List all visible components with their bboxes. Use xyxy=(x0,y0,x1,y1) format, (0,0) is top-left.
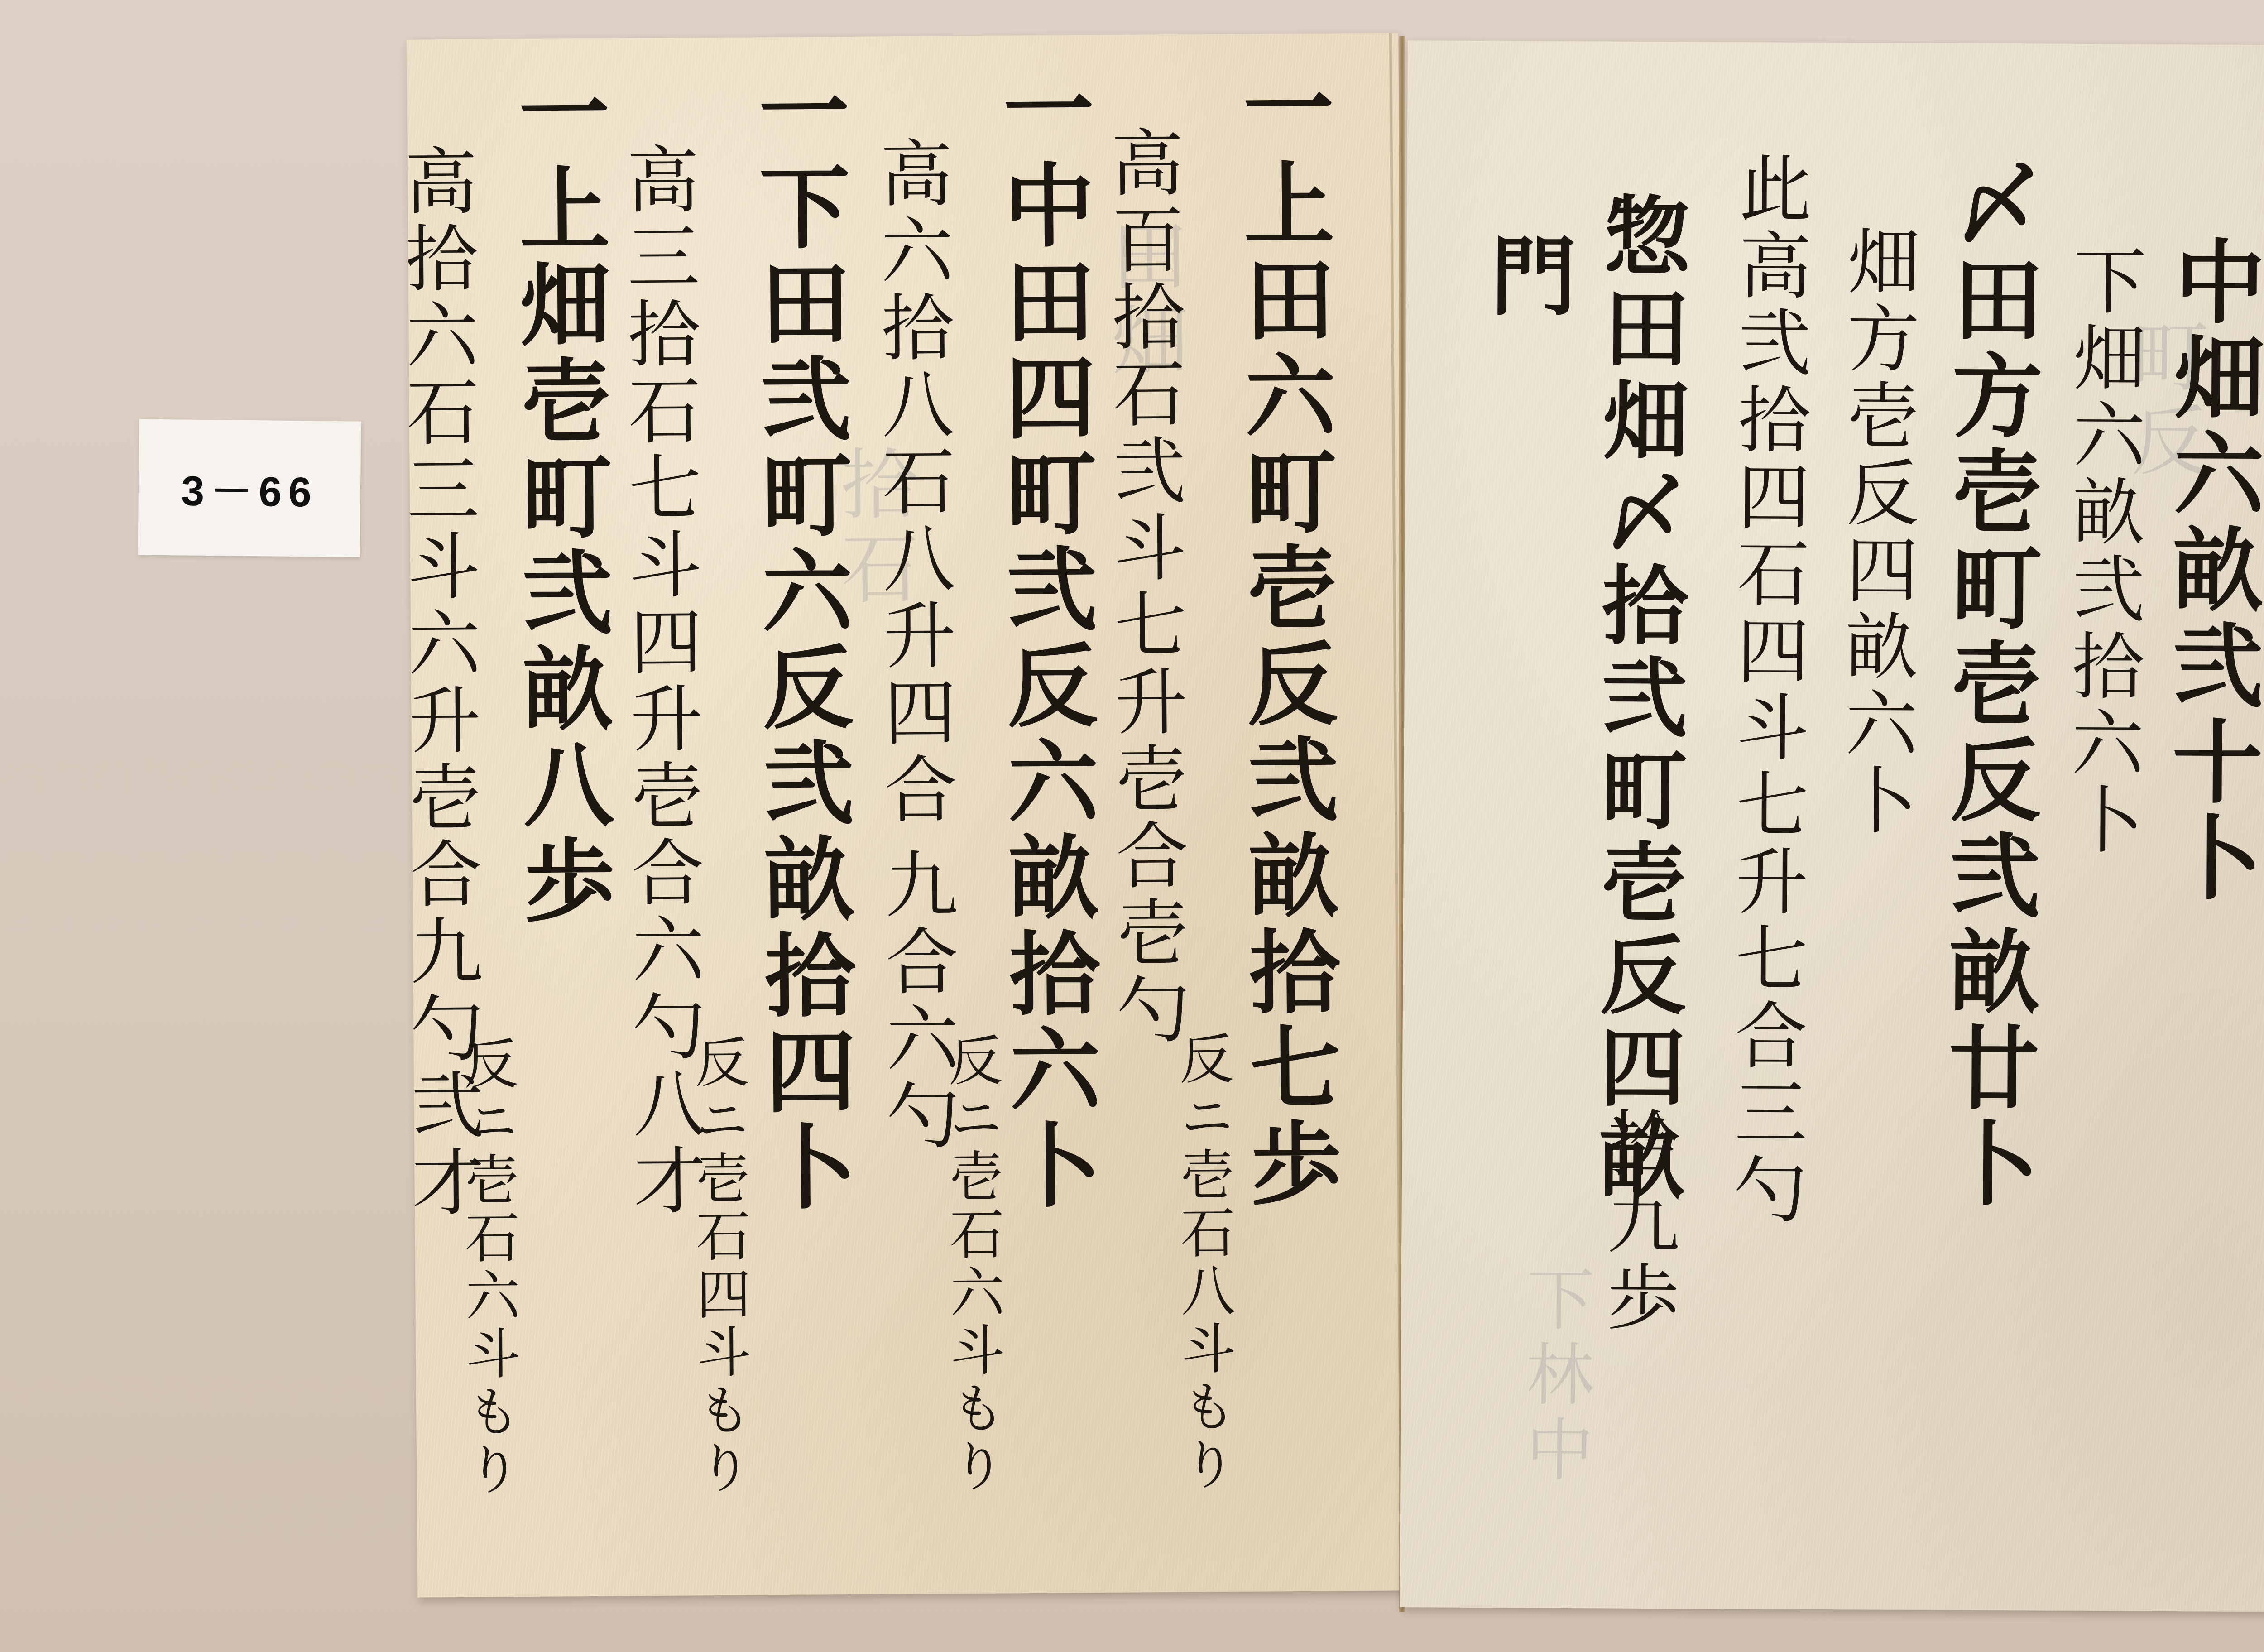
right-col-8-gate: 門 xyxy=(1483,231,1570,324)
left-col-5-lower-paddy: 一下田弐町六反弐畝拾四卜 xyxy=(751,64,849,1216)
left-col-1-note: 反ニ壱石八斗もり xyxy=(1174,1030,1232,1494)
left-col-6-yield: 高三拾石七斗四升壱合六勺八才 xyxy=(620,142,700,1220)
left-page: 田畑 拾石 一上田六町壱反弐畝拾七歩 反ニ壱石八斗もり 高百拾石弐斗七升壱合壱勺… xyxy=(407,33,1409,1597)
right-col-6-yield-total: 此高弐拾四石四斗七升七合三勺 xyxy=(1727,151,1805,1229)
left-col-2-yield: 高百拾石弐斗七升壱合壱勺 xyxy=(1104,125,1183,1049)
catalog-label-text: 3－66 xyxy=(181,457,318,519)
catalog-label-card: 3－66 xyxy=(138,419,361,557)
right-col-3-lower-field: 下畑六畝弐拾六卜 xyxy=(2065,243,2140,860)
right-page: 町反 下林中 上畑壱畝八卜 中畑六畝弐十卜 下畑六畝弐拾六卜 〆田方壱町壱反弐畝… xyxy=(1400,40,2264,1613)
left-col-8-yield: 高拾六石三斗六升壱合九勺弐才 xyxy=(407,144,478,1222)
bleed-through-text: 下林中 xyxy=(1504,1263,1603,1489)
right-col-4-paddy-total: 〆田方壱町壱反弐畝廿卜 xyxy=(1941,156,2037,1213)
left-col-7-upper-field: 一上畑壱町弐畝八歩 xyxy=(511,66,607,930)
left-col-4-suffix: 九合六勺 xyxy=(878,846,953,1155)
right-col-2-middle-field: 中畑六畝弐十卜 xyxy=(2164,235,2258,907)
left-col-1-upper-paddy: 一上田六町壱反弐畝拾七歩 xyxy=(1235,61,1334,1213)
right-col-7-grand-total: 惣田畑〆拾弐町壱反四畝 xyxy=(1592,191,1684,1207)
left-col-3-middle-paddy: 一中田四町弐反六畝拾六卜 xyxy=(995,62,1094,1215)
left-col-4-yield: 高六拾八石八升四合 xyxy=(874,135,951,829)
right-col-7-suffix: 拾九歩 xyxy=(1600,1105,1674,1337)
right-col-5-field-total: 畑方壱反四畝六卜 xyxy=(1838,224,1914,840)
